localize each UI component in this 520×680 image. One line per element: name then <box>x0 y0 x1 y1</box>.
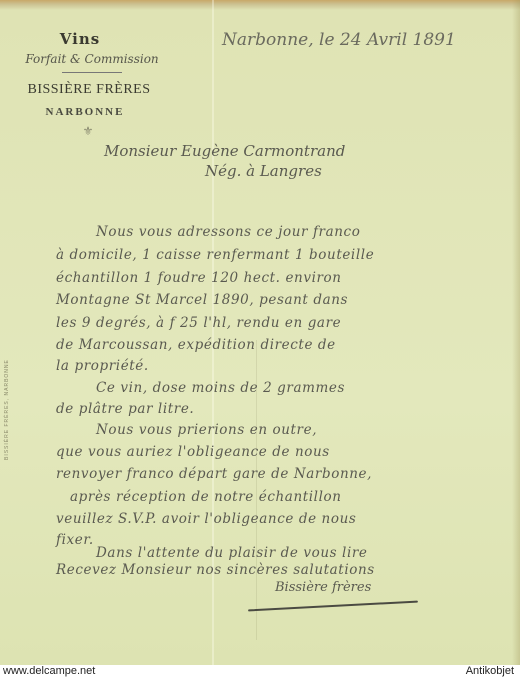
body-line: la propriété. <box>56 358 149 374</box>
body-line: échantillon 1 foudre 120 hect. environ <box>56 270 342 286</box>
body-line: veuillez S.V.P. avoir l'obligeance de no… <box>56 511 356 527</box>
recipient-location: Nég. à Langres <box>205 162 322 180</box>
body-line: les 9 degrés, à f 25 l'hl, rendu en gare <box>56 315 341 331</box>
source-watermark: www.delcampe.net <box>3 665 95 677</box>
body-line: après réception de notre échantillon <box>70 489 342 505</box>
dateline: Narbonne, le 24 Avril 1891 <box>222 30 456 50</box>
body-line: Dans l'attente du plaisir de vous lire <box>96 545 368 561</box>
signature-flourish <box>248 601 418 612</box>
letterhead-divider <box>62 72 122 73</box>
body-line: Nous vous prierions en outre, <box>96 422 317 438</box>
body-line: de plâtre par litre. <box>56 401 194 417</box>
fleur-ornament-icon: ⚜ <box>78 124 98 138</box>
body-line: fixer. <box>56 532 94 548</box>
body-line: de Marcoussan, expédition directe de <box>56 337 336 353</box>
watermark-bar: www.delcampe.net Antikobjet <box>0 665 520 680</box>
letterhead-subtitle: Forfait & Commission <box>12 52 172 66</box>
body-line: que vous auriez l'obligeance de nous <box>56 444 330 460</box>
body-line: Montagne St Marcel 1890, pesant dans <box>56 292 348 308</box>
body-line: Recevez Monsieur nos sincères salutation… <box>56 562 375 578</box>
body-line: Ce vin, dose moins de 2 grammes <box>96 380 345 396</box>
signature: Bissière frères <box>275 580 371 595</box>
seller-watermark: Antikobjet <box>466 665 514 677</box>
recipient-name: Monsieur Eugène Carmontrand <box>104 142 345 160</box>
margin-imprint: BISSIÈRE FRÈRES, NARBONNE <box>4 260 10 460</box>
body-line: à domicile, 1 caisse renfermant 1 boutei… <box>56 247 374 263</box>
body-line: renvoyer franco départ gare de Narbonne, <box>56 466 372 482</box>
letterhead-title: Vins <box>20 30 140 48</box>
letter-paper: Vins Forfait & Commission BISSIÈRE FRÈRE… <box>0 0 520 665</box>
letterhead-city: NARBONNE <box>30 106 140 118</box>
letterhead-firm: BISSIÈRE FRÈRES <box>14 82 164 98</box>
body-line: Nous vous adressons ce jour franco <box>96 224 360 240</box>
